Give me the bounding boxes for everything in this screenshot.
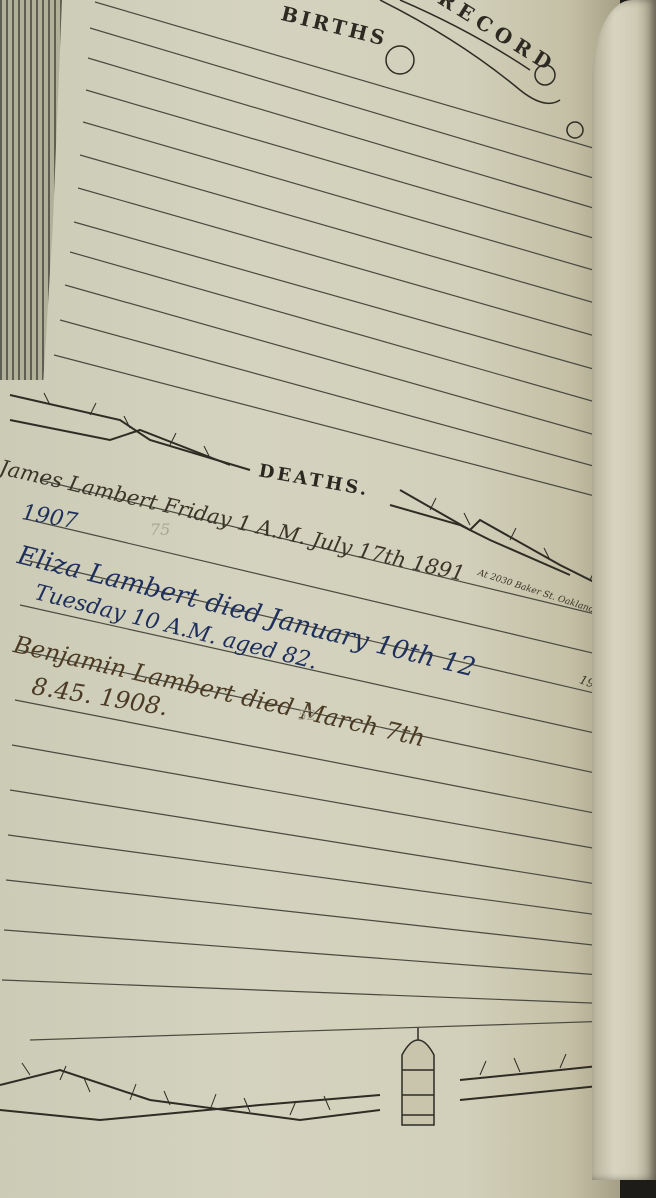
facing-page-edge [592, 0, 656, 1180]
beehive-icon [402, 1028, 434, 1125]
faint-number-52: 52 [298, 708, 316, 724]
faint-number-75: 75 [150, 520, 170, 539]
ledger-page: BIRTHS RECORD DEATHS. James Lambert Frid… [0, 0, 620, 1198]
